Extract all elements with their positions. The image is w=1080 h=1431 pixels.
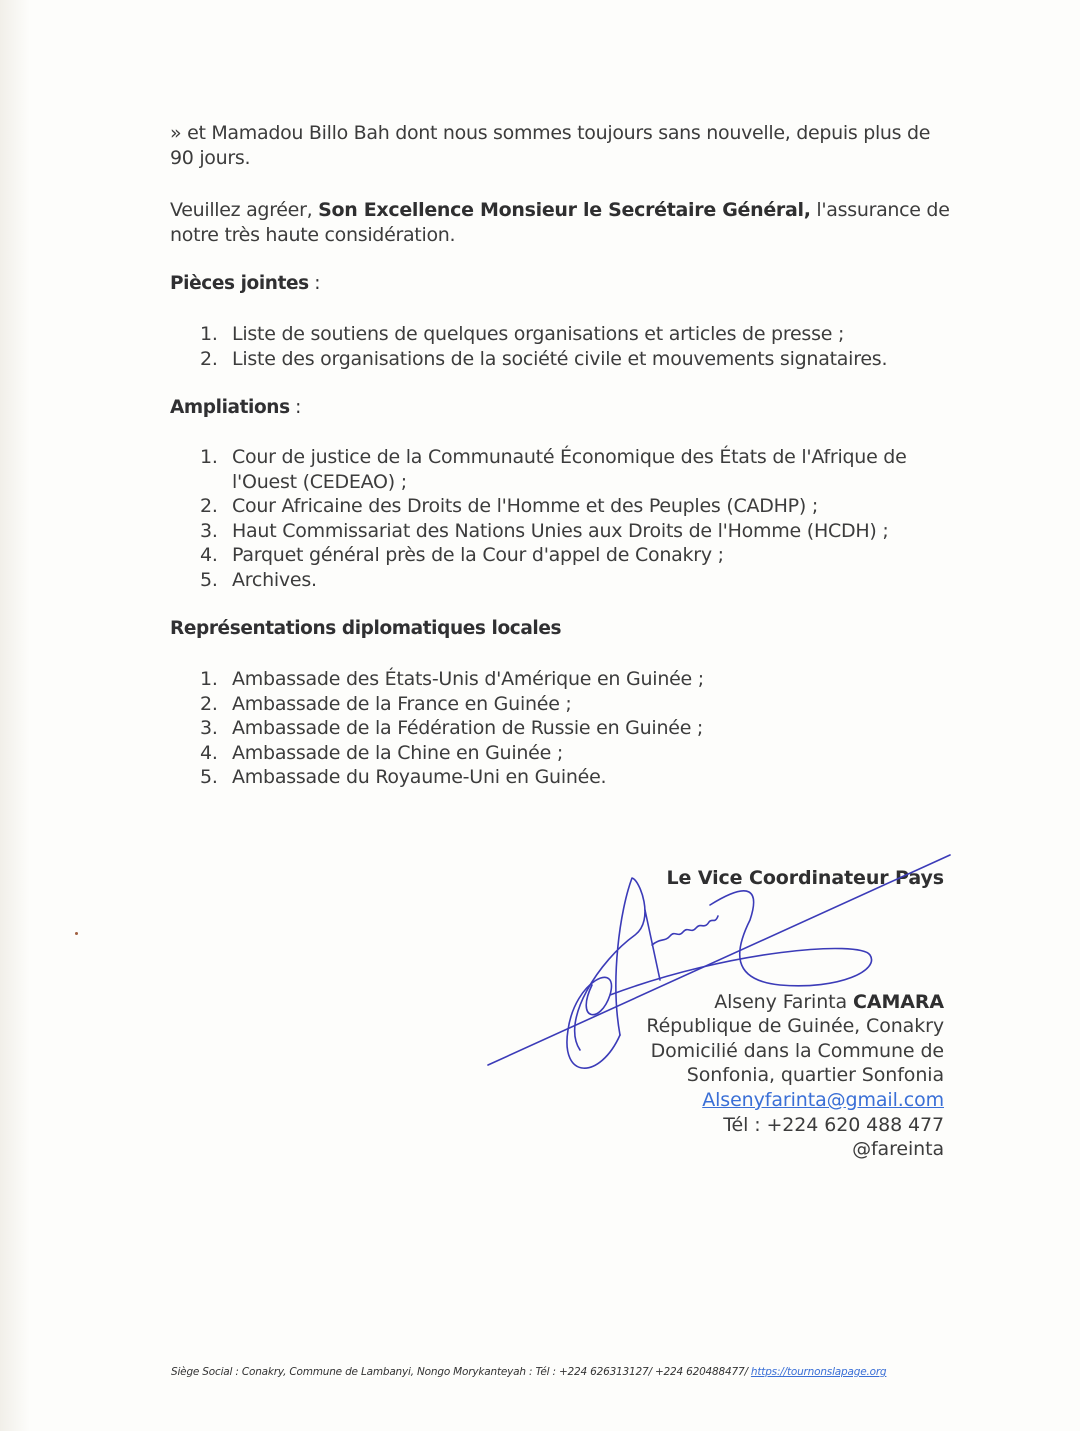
address-line-1: République de Guinée, Conakry <box>646 1014 944 1039</box>
item-text: Liste de soutiens de quelques organisati… <box>232 323 844 345</box>
item-text: Ambassade du Royaume-Uni en Guinée. <box>232 766 606 788</box>
item-number: 4. <box>200 543 218 568</box>
website-link[interactable]: https://tournonslapage.org <box>751 1366 886 1378</box>
heading-pieces-jointes: Pièces jointes : <box>170 273 320 294</box>
name-surname: CAMARA <box>853 991 944 1013</box>
social-handle: @fareinta <box>646 1137 944 1162</box>
list-item: 5.Archives. <box>200 568 950 593</box>
item-number: 2. <box>200 692 218 717</box>
signatory-title: Le Vice Coordinateur Pays <box>646 866 944 891</box>
list-item: 2.Ambassade de la France en Guinée ; <box>200 692 950 717</box>
document-page: » et Mamadou Billo Bah dont nous sommes … <box>0 0 1080 1431</box>
scan-speck <box>75 932 78 935</box>
heading-ampliations: Ampliations : <box>170 397 301 418</box>
list-item: 1.Ambassade des États-Unis d'Amérique en… <box>200 667 950 692</box>
list-item: 4.Parquet général près de la Cour d'appe… <box>200 543 950 568</box>
list-item: 2.Liste des organisations de la société … <box>200 347 950 372</box>
item-number: 3. <box>200 716 218 741</box>
address-line-2: Domicilié dans la Commune de <box>646 1039 944 1064</box>
para2-prefix: Veuillez agréer, <box>170 199 318 221</box>
list-item: 3.Haut Commissariat des Nations Unies au… <box>200 519 950 544</box>
email-link[interactable]: Alsenyfarinta@gmail.com <box>702 1089 944 1111</box>
footer-address: Siège Social : Conakry, Commune de Lamba… <box>171 1366 886 1378</box>
item-text: Ambassade des États-Unis d'Amérique en G… <box>232 668 704 690</box>
name-regular: Alseny Farinta <box>714 991 853 1013</box>
item-text: Haut Commissariat des Nations Unies aux … <box>232 520 889 542</box>
item-number: 1. <box>200 445 218 470</box>
phone-number: Tél : +224 620 488 477 <box>646 1113 944 1138</box>
item-number: 5. <box>200 568 218 593</box>
list-item: 5.Ambassade du Royaume-Uni en Guinée. <box>200 765 950 790</box>
para2-addressee: Son Excellence Monsieur le Secrétaire Gé… <box>318 199 811 221</box>
item-text: Parquet général près de la Cour d'appel … <box>232 544 724 566</box>
item-text: Ambassade de la France en Guinée ; <box>232 693 572 715</box>
closing-paragraph-1: » et Mamadou Billo Bah dont nous sommes … <box>170 121 950 171</box>
list-item: 2.Cour Africaine des Droits de l'Homme e… <box>200 494 950 519</box>
address-line-3: Sonfonia, quartier Sonfonia <box>646 1063 944 1088</box>
representations-list: 1.Ambassade des États-Unis d'Amérique en… <box>200 667 950 790</box>
item-number: 5. <box>200 765 218 790</box>
scan-edge-shadow <box>0 0 30 1431</box>
item-text: Ambassade de la Fédération de Russie en … <box>232 717 703 739</box>
footer-text: Siège Social : Conakry, Commune de Lamba… <box>171 1366 751 1378</box>
list-item: 1.Liste de soutiens de quelques organisa… <box>200 322 950 347</box>
item-text: Liste des organisations de la société ci… <box>232 348 887 370</box>
heading-text: Pièces jointes <box>170 273 309 294</box>
heading-colon: : <box>290 397 301 418</box>
item-text: Cour Africaine des Droits de l'Homme et … <box>232 495 818 517</box>
item-text: Archives. <box>232 569 317 591</box>
closing-paragraph-2: Veuillez agréer, Son Excellence Monsieur… <box>170 198 950 248</box>
ampliations-list: 1.Cour de justice de la Communauté Écono… <box>200 445 950 593</box>
signatory-name: Alseny Farinta CAMARA <box>646 990 944 1015</box>
item-number: 3. <box>200 519 218 544</box>
item-number: 2. <box>200 494 218 519</box>
item-number: 2. <box>200 347 218 372</box>
item-number: 1. <box>200 322 218 347</box>
heading-colon: : <box>309 273 320 294</box>
signature-block: Le Vice Coordinateur Pays Alseny Farinta… <box>646 866 944 1162</box>
item-number: 1. <box>200 667 218 692</box>
list-item: 1.Cour de justice de la Communauté Écono… <box>200 445 950 494</box>
heading-representations: Représentations diplomatiques locales <box>170 618 561 639</box>
pieces-jointes-list: 1.Liste de soutiens de quelques organisa… <box>200 322 950 371</box>
heading-text: Ampliations <box>170 397 290 418</box>
item-text: Ambassade de la Chine en Guinée ; <box>232 742 563 764</box>
list-item: 4.Ambassade de la Chine en Guinée ; <box>200 741 950 766</box>
list-item: 3.Ambassade de la Fédération de Russie e… <box>200 716 950 741</box>
item-text: Cour de justice de la Communauté Économi… <box>232 446 907 493</box>
item-number: 4. <box>200 741 218 766</box>
